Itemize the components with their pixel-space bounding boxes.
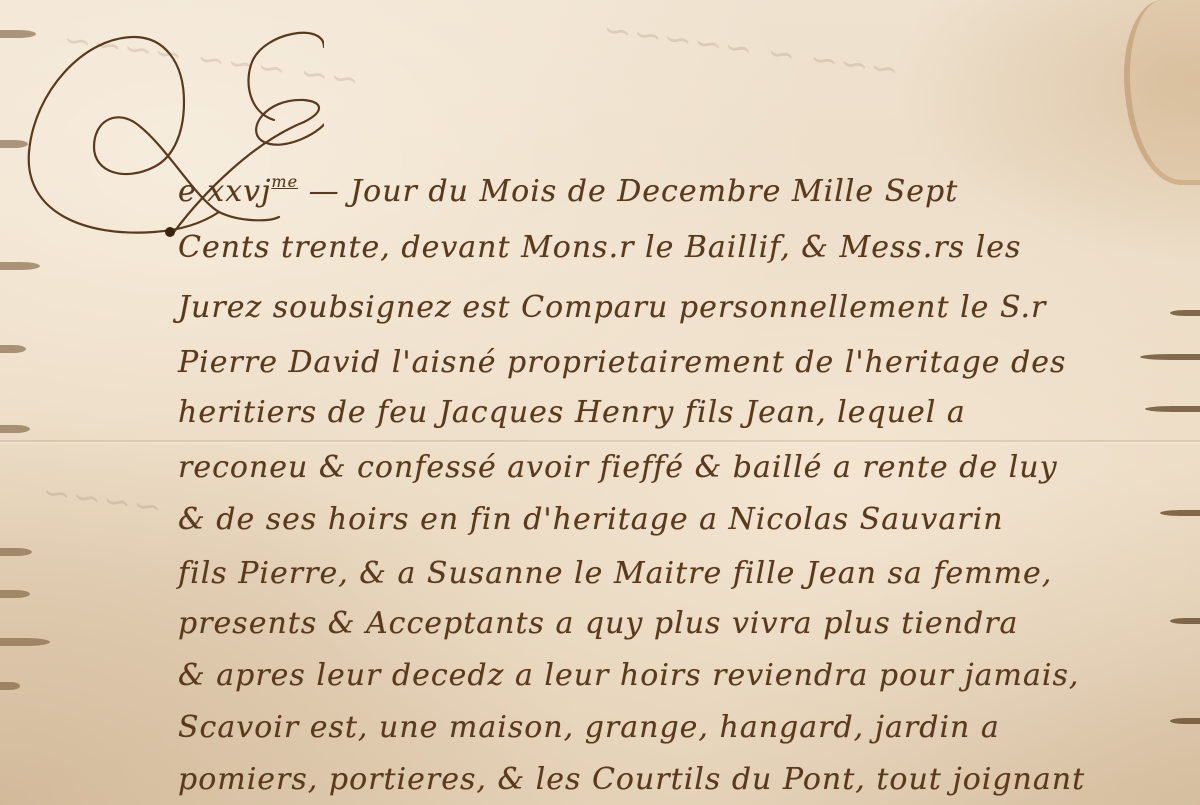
line-text: e xxvj (178, 174, 271, 209)
bleed-through-text: ~~~~ (38, 472, 164, 529)
margin-ink-mark (1145, 406, 1200, 412)
margin-ink-mark (0, 345, 26, 353)
margin-ink-mark (0, 682, 20, 690)
line-text: — Jour du Mois de Decembre Mille Sept (298, 174, 958, 209)
margin-ink-mark (0, 425, 30, 433)
paper-fold-line (0, 440, 1200, 442)
decorative-initial-letter (24, 22, 324, 252)
water-stain (1124, 0, 1200, 185)
manuscript-line-11: Scavoir est, une maison, grange, hangard… (178, 710, 1000, 745)
margin-ink-mark (0, 548, 32, 556)
margin-ink-mark (0, 590, 30, 598)
margin-ink-mark (0, 638, 50, 646)
margin-ink-mark (1170, 310, 1200, 316)
bleed-through-text: ~~~ ~ ~~~~~ (599, 9, 902, 90)
margin-ink-mark (0, 262, 40, 270)
manuscript-line-1: e xxvjme — Jour du Mois de Decembre Mill… (178, 172, 958, 209)
ordinal-suffix: me (271, 172, 298, 191)
manuscript-page: ~~ ~~~ ~~~~ ~~~ ~ ~~~~~ ~~~~ e xxvjme — … (0, 0, 1200, 805)
margin-ink-mark (1160, 510, 1200, 516)
margin-ink-mark (1170, 718, 1200, 724)
margin-ink-mark (1140, 354, 1200, 360)
manuscript-line-9: presents & Acceptants a quy plus vivra p… (178, 606, 1018, 641)
manuscript-line-6: reconeu & confessé avoir fieffé & baillé… (178, 450, 1058, 485)
margin-ink-mark (1170, 618, 1200, 624)
manuscript-line-2: Cents trente, devant Mons.r le Baillif, … (178, 230, 1021, 265)
manuscript-line-10: & apres leur decedz a leur hoirs reviend… (178, 658, 1079, 693)
manuscript-line-5: heritiers de feu Jacques Henry fils Jean… (178, 395, 966, 430)
manuscript-line-3: Jurez soubsignez est Comparu personnelle… (178, 290, 1046, 325)
ink-blot (165, 227, 175, 237)
manuscript-line-4: Pierre David l'aisné proprietairement de… (178, 345, 1066, 380)
manuscript-line-8: fils Pierre, & a Susanne le Maitre fille… (178, 556, 1052, 591)
manuscript-line-7: & de ses hoirs en fin d'heritage a Nicol… (178, 502, 1004, 537)
manuscript-line-12: pomiers, portieres, & les Courtils du Po… (178, 762, 1085, 797)
